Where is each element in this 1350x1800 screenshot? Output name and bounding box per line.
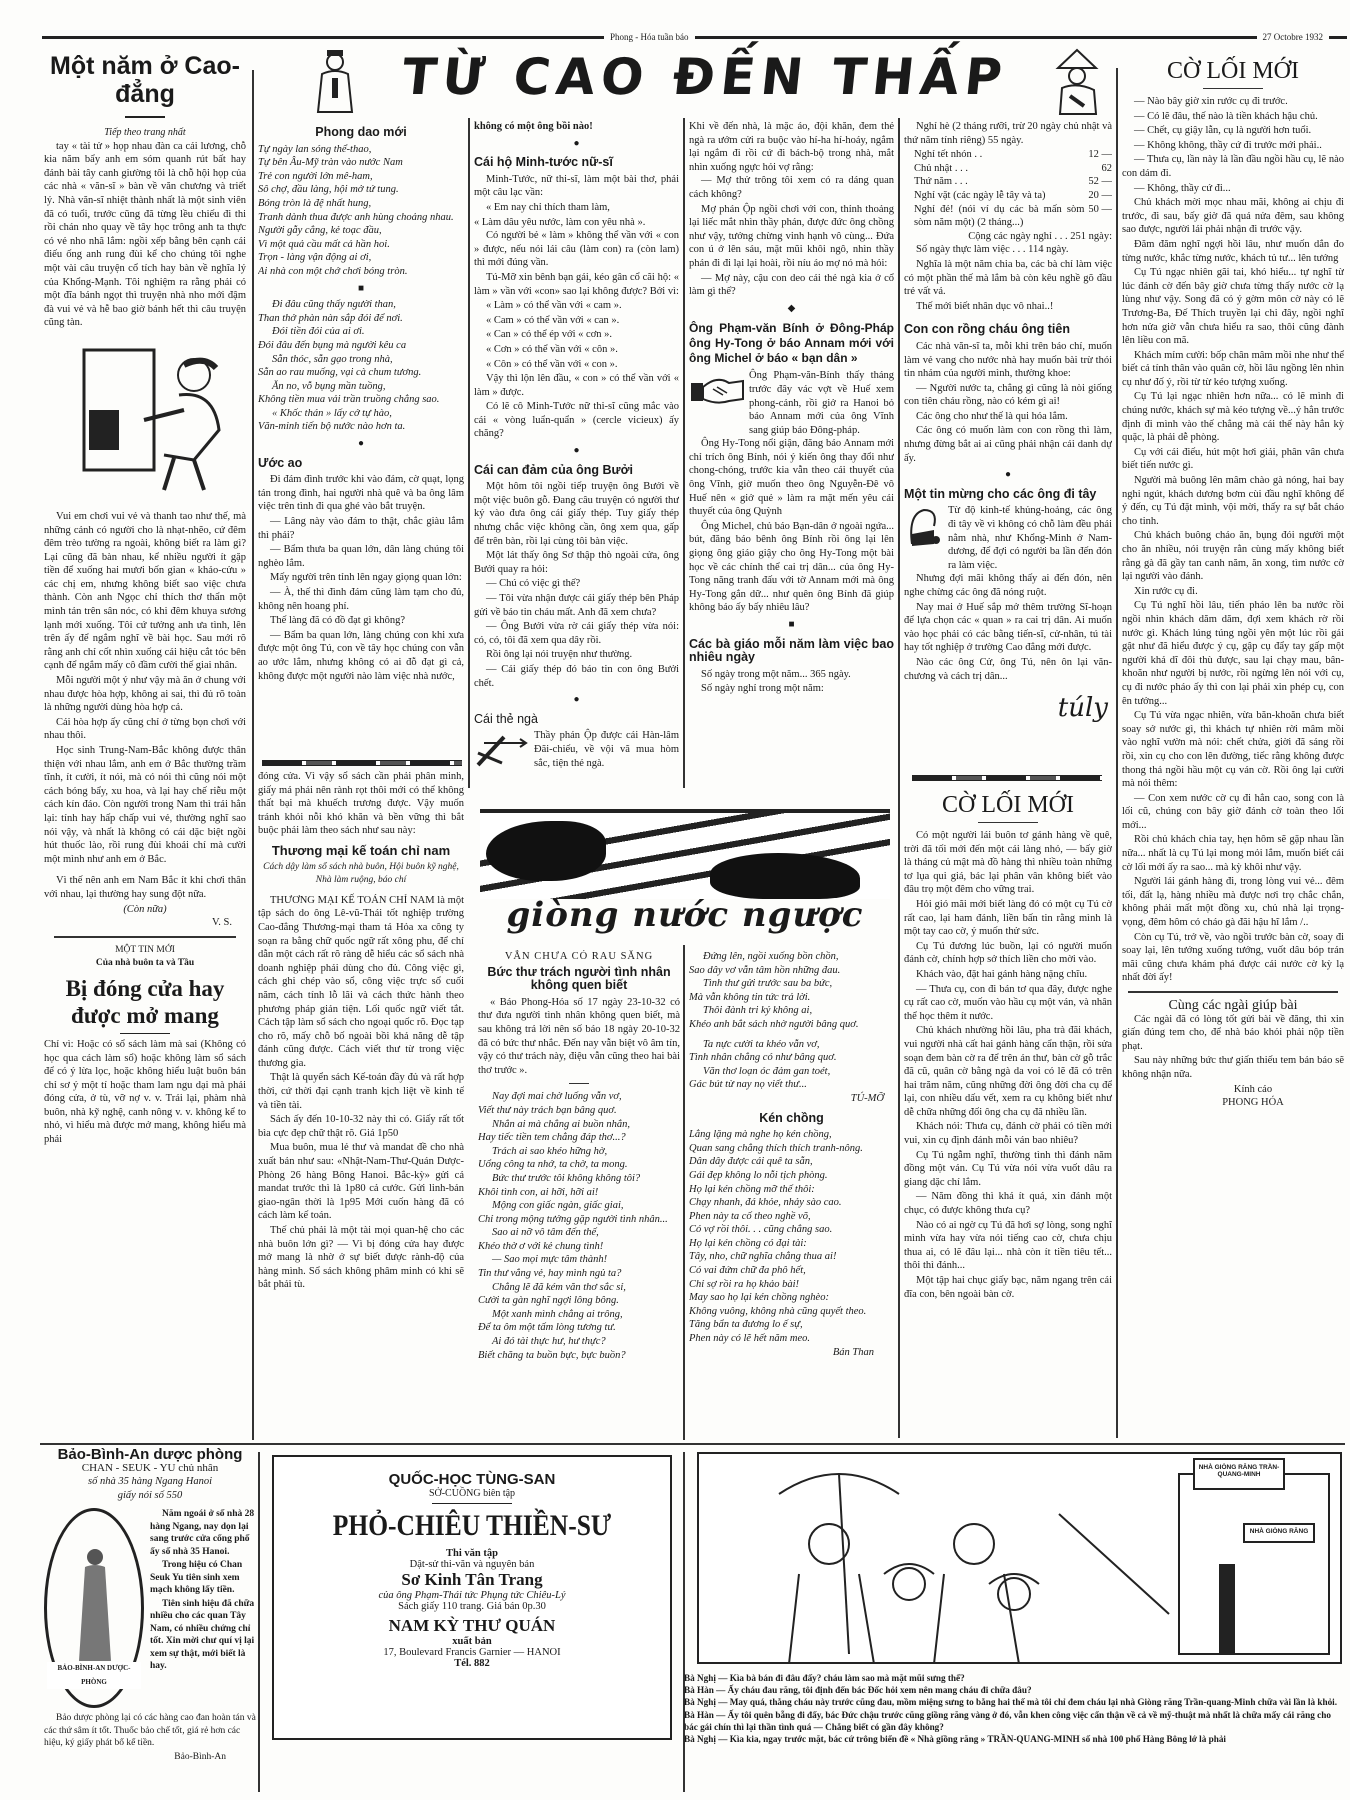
paragraph: Khách nói: Thưa cụ, đánh cờ phải có tiền… — [904, 1120, 1112, 1147]
paragraph: — Có lẽ đâu, thế nào là tiền khách hậu c… — [1122, 110, 1344, 124]
pharmacy-address: số nhà 35 hàng Ngang Hanoi — [44, 1475, 256, 1489]
pipe-smoker-icon — [904, 504, 944, 550]
author-initials: V. S. — [44, 916, 246, 930]
cartoon-caption: Bà Nghị — Kìa bà bán đi đâu đấy? cháu là… — [684, 1672, 1344, 1745]
pharmacy-text: Năm ngoái ở số nhà 28 hàng Ngang, nay dọ… — [150, 1508, 256, 1708]
paragraph: Rồi ông lại nói truyện như thường. — [474, 648, 679, 662]
masthead-title: TỪ CAO ĐẾN THẤP — [372, 48, 1038, 106]
co-loi-moi-title: CỜ LỐI MỚI — [1122, 56, 1344, 86]
paragraph: Minh-Tước, nữ thi-sĩ, làm một bài thơ, p… — [474, 173, 679, 200]
verse-line: Quan sang chẳng thích thích tranh-nông. — [689, 1142, 894, 1156]
paragraph: Cụ với cái điếu, hút một hơi giải, phân … — [1122, 446, 1344, 473]
verse-line: Gác bút từ nay nọ viết thư... — [689, 1078, 894, 1092]
ken-chong-verse: Lẳng lặng mà nghe họ kén chồng, Quan san… — [689, 1128, 894, 1346]
paragraph: « Cam » có thể vần với « can ». — [474, 314, 679, 328]
letter-title: Bức thư trách người tình nhân không quen… — [478, 966, 680, 993]
title-rule — [1203, 88, 1263, 89]
paragraph: Cụ Tú ngạc nhiên gãi tai, khó hiểu... tự… — [1122, 266, 1344, 348]
paragraph: Khách vào, đặt hai gánh hàng nặng chĩu. — [904, 968, 1112, 982]
shop-sign-small: NHÀ GIÒNG RĂNG — [1247, 1528, 1311, 1535]
separator-ornament: ◆ — [689, 302, 894, 316]
paragraph: Hỏi gió mãi mới biết làng đó có một cụ T… — [904, 898, 1112, 939]
verse-line: Khôi tình con, ai hỡi, hỡi ai! — [478, 1186, 680, 1200]
verse-line: Không tiền mua vải trần truồng chẳng sao… — [258, 393, 464, 407]
paragraph: Chủ khách buông cháo ăn, bụng đói người … — [1122, 529, 1344, 583]
mandarin-figure-icon — [310, 48, 360, 118]
paragraph: Thế làng đã có đồ đạt gì không? — [258, 614, 464, 628]
paragraph: Chủ khách nhường hồi lâu, pha trà đãi kh… — [904, 1024, 1112, 1119]
left-article: Một năm ở Cao-đẳng Tiếp theo trang nhất … — [44, 50, 246, 1440]
letter-verse: Nay đợi mai chờ luống vẫn vơ, Viết thư n… — [478, 1090, 680, 1362]
paragraph: Tiên sinh hiệu đã chữa nhiều cho các qua… — [150, 1598, 256, 1673]
publisher-address: 17, Boulevard Francis Garnier — HANOI — [274, 1647, 670, 1658]
row-value: 50 — — [1088, 203, 1112, 230]
paragraph: Thế mới biết nhân dục vô nhai..! — [904, 300, 1112, 314]
paragraph: Một tập hai chục giấy bạc, năm ngang trê… — [904, 1274, 1112, 1301]
column-2: Phong dao mới Tự ngày lan sóng thể-thao,… — [258, 120, 464, 790]
verse-line: Văn thơ loạn óc đảm gan toét, — [689, 1065, 894, 1079]
verse-line: Trách ai sao khéo hững hờ, — [478, 1145, 680, 1159]
cartoon-illustration — [699, 1454, 1342, 1664]
paragraph: Ông Hy-Tong nổi giận, đăng báo Annam mới… — [689, 437, 894, 519]
verse-line: Tăng bẩn ta đương lo ế sự, — [689, 1318, 894, 1332]
co-loi-moi-right: CỜ LỐI MỚI — Nào bây giờ xin rước cụ đi … — [1122, 56, 1344, 1441]
issue-date: 27 Octobre 1932 — [1257, 32, 1330, 42]
verse-line: Đứng lên, ngồi xuống bồn chồn, — [689, 950, 894, 964]
pharmacy-footer: Bảo dược phòng lại có các hàng cao đan h… — [44, 1712, 256, 1750]
verse-line: Khéo anh bắt sách nhờ người bâng quơ. — [689, 1018, 894, 1032]
book-advertisement: QUỐC-HỌC TÙNG-SAN SỞ-CUỒNG biên tập PHỎ-… — [272, 1455, 672, 1740]
book-ad-column: đóng cửa. Vì vậy sổ sách cần phải phân m… — [258, 770, 464, 1442]
students-illustration — [44, 340, 244, 500]
verse-line: Tây, nho, chữ nghĩa chẳng thua ai! — [689, 1250, 894, 1264]
verse-line: « Khốc thán » lấy cớ tự hào, — [258, 407, 464, 421]
paragraph: — Thưa cụ, con đi bán tơ qua đây, được n… — [904, 983, 1112, 1024]
verse-line: Chạy nhanh, đá khỏe, nhảy sào cao. — [689, 1196, 894, 1210]
paragraph: Rồi chủ khách chia tay, hẹn hôm sẽ gặp n… — [1122, 833, 1344, 874]
paragraph: Có một người lái buôn tơ gánh hàng về qu… — [904, 829, 1112, 897]
paragraph: Học sinh Trung-Nam-Bắc không được thân t… — [44, 744, 246, 866]
book-series: QUỐC-HỌC TÙNG-SAN — [274, 1471, 670, 1488]
verse-line: Ăn no, vỗ bụng mần tuồng, — [258, 380, 464, 394]
title-rule — [125, 116, 165, 118]
paragraph: Khi về đến nhà, là mặc áo, đội khăn, đem… — [689, 120, 894, 174]
verse-line: Nay đợi mai chờ luống vẫn vơ, — [478, 1090, 680, 1104]
paragraph: đóng cửa. Vì vậy sổ sách cần phải phân m… — [258, 770, 464, 838]
days-row: Thứ năm . . .52 — — [914, 175, 1112, 189]
paragraph: Thế chủ phải là một tài mọi quan-hệ cho … — [258, 1224, 464, 1292]
row-label: Nghỉ đẻ! (nói ví dụ các bà mấn sòm sòm n… — [914, 203, 1084, 230]
verse-line: Trọn - làng vận động ai ơi, — [258, 251, 464, 265]
verse-line: Chỉ trong mộng tưởng gặp người tình nhân… — [478, 1213, 680, 1227]
wave-shape — [486, 821, 606, 881]
paragraph: — Chú có việc gì thế? — [474, 577, 679, 591]
pharmacy-body: BẢO-BÌNH-AN DƯỢC-PHÒNG Năm ngoái ở số nh… — [44, 1508, 256, 1708]
caption-line: Bà Nghị — May quá, thằng cháu này trước … — [684, 1696, 1344, 1708]
paragraph: Các nhà văn-sĩ ta, mỗi khi trên báo chí,… — [904, 340, 1112, 381]
paragraph: Cụ Tú vừa ngạc nhiên, vừa băn-khoăn chưa… — [1122, 709, 1344, 791]
shop-sign: NHÀ GIÒNG RĂNG TRẦN-QUANG-MINH — [1197, 1464, 1281, 1478]
letter-intro: « Báo Phong-Hóa số 17 ngày 23-10-32 có t… — [478, 996, 680, 1078]
paragraph: — Không, thầy cứ đi... — [1122, 182, 1344, 196]
verse-line: Phen này ta cố theo nghề võ, — [689, 1210, 894, 1224]
verse-line: Có vợ rồi thôi. . . cũng chẳng sao. — [689, 1223, 894, 1237]
column-rule — [252, 70, 254, 1440]
notice-title: Cùng các ngài giúp bài — [1122, 999, 1344, 1013]
paragraph: Tú-Mỡ xin bênh bạn gái, kéo gân cổ cãi h… — [474, 271, 679, 298]
separator-ornament: ■ — [689, 618, 894, 632]
paragraph: Thật là quyển sách Kế-toán đầy đủ và rất… — [258, 1071, 464, 1112]
column-rule — [468, 118, 470, 788]
separator-ornament: ● — [258, 437, 464, 451]
days-table: Nghỉ tết nhón . .12 — Chủ nhật . . .62 T… — [904, 148, 1112, 230]
paragraph: Các ông có muốn làm con con rồng thì làm… — [904, 424, 1112, 465]
paragraph: Cụ Tú nghĩ hồi lâu, tiến pháo lên ba nướ… — [1122, 599, 1344, 708]
paragraph: Vui em chơi vui vẻ và thanh tao như thế,… — [44, 510, 246, 673]
author-signature: túly — [1058, 702, 1108, 716]
verse-line: Lẳng lặng mà nghe họ kén chồng, — [689, 1128, 894, 1142]
paragraph: « Làm » có thể vần với « cam ». — [474, 299, 679, 313]
column-rule — [1116, 68, 1118, 1438]
paragraph: — Thưa cụ, lần này là lần đầu ngồi hầu c… — [1122, 153, 1344, 180]
decorative-rule — [262, 760, 462, 766]
co-loi-moi-mid: CỜ LỐI MỚI Có một người lái buôn tơ gánh… — [904, 790, 1112, 1440]
letter-kicker: VẪN CHƯA CÓ RAU SĂNG — [478, 950, 680, 964]
notice-closing: Kính cáo — [1122, 1083, 1344, 1097]
paragraph: Năm ngoái ở số nhà 28 hàng Ngang, nay dọ… — [150, 1508, 256, 1558]
paragraph: — Không không, thầy cứ đi trước mới phải… — [1122, 139, 1344, 153]
divider — [1128, 991, 1338, 993]
paragraph: Một lát thấy ông Sơ thập thò ngoài cửa, … — [474, 549, 679, 576]
verse-line: Đói đâu đến bụng mà người kêu ca — [258, 339, 464, 353]
paragraph: — Bẩm thưa ba quan lớn, dân làng chúng t… — [258, 543, 464, 570]
co-loi-moi-title: CỜ LỐI MỚI — [904, 790, 1112, 820]
verse-line: Gái đẹp không lo nỗi tịch phòng. — [689, 1169, 894, 1183]
paragraph: Các ngài đã có lòng tốt gửi bài về đăng,… — [1122, 1013, 1344, 1054]
paragraph: — Con xem nước cờ cụ đi hẳn cao, song co… — [1122, 792, 1344, 833]
paragraph: Từ độ kinh-tế khủng-hoảng, các ông đi tâ… — [948, 504, 1112, 572]
paragraph: Còn cụ Tú, trở về, vào ngồi trước bàn cờ… — [1122, 931, 1344, 985]
paragraph: — Lâng này vào đám to thật, chắc giàu lắ… — [258, 515, 464, 542]
paragraph: — Cái giấy thép đó báo tin con ông Bưởi … — [474, 663, 679, 690]
wave-shape — [710, 853, 860, 899]
title-rule — [432, 1503, 512, 1504]
pharmacy-title: Bảo-Bình-An dược phòng — [44, 1448, 256, 1462]
peasant-figure-icon — [1050, 48, 1105, 118]
verse-line: Dân dây được cái quê ta sẵn, — [689, 1155, 894, 1169]
verse-author: Bán Than — [689, 1346, 894, 1360]
paragraph: Nào các ông Cử, ông Tú, nên ôn lại văn-c… — [904, 656, 1112, 683]
divider — [569, 1083, 589, 1084]
separator-ornament: ● — [474, 444, 679, 458]
paragraph: — Mợ thử trông tôi xem có ra dáng quan c… — [689, 174, 894, 201]
head-rule-end — [1329, 36, 1347, 39]
paragraph: Cụ Tú ngẫm nghĩ, thường tình thì đánh nă… — [904, 1149, 1112, 1190]
paragraph: Mấy người trên tỉnh lên ngay giọng quan … — [258, 571, 464, 585]
seal-text: BẢO-BÌNH-AN DƯỢC-PHÒNG — [47, 1662, 141, 1689]
column-3: không có một ông bồi nào! ● Cái hộ Minh-… — [474, 120, 679, 790]
banner-title: giòng nước ngược — [480, 895, 890, 935]
days-row: Chủ nhật . . .62 — [914, 162, 1112, 176]
verse-line: Khéo thờ ơ với kẻ chung tình! — [478, 1240, 680, 1254]
verse-line: Văn-minh tiến bộ nước nào hơn ta. — [258, 420, 464, 434]
book-price: Sách giấy 110 trang. Giá bán 0p.30 — [274, 1601, 670, 1612]
the-nga-block: Thầy phán Ộp được cái Hàn-lâm Đãi-chiếu,… — [474, 729, 679, 770]
paragraph: Người mà buông lên mâm chào gà nóng, hai… — [1122, 474, 1344, 528]
verse-line: Chỉ sợ rồi ra họ khảo bài! — [689, 1278, 894, 1292]
paragraph: Số ngày nghỉ trong một năm: — [689, 682, 894, 696]
verse-line: Để ta ôm một tấm lòng tương tư. — [478, 1321, 680, 1335]
news-subkicker: Của nhà buôn ta và Tầu — [44, 957, 246, 971]
verse-line: Ta nực cười ta khéo vẫn vơ, — [689, 1038, 894, 1052]
verse-line: Than thở phàn nàn sắp đói để nơi. — [258, 312, 464, 326]
caption-line: Bà Hàn — Ấy cháu đau răng, tôi định đến … — [684, 1684, 1344, 1696]
verse-line: Tình thư gửi trước sau ba bức, — [689, 977, 894, 991]
book-publisher: NAM KỲ THƯ QUÁN — [274, 1616, 670, 1636]
poem-stanza-2: Đi đâu cũng thấy người than, Than thở ph… — [258, 298, 464, 434]
news-kicker: MỘT TIN MỚI — [44, 944, 246, 958]
days-row: Nghỉ đẻ! (nói ví dụ các bà mấn sòm sòm n… — [914, 203, 1112, 230]
row-label: Nghỉ vặt (các ngày lễ tây và ta) — [914, 189, 1045, 203]
work-days: Số ngày thực làm việc . . . 114 ngày. — [904, 243, 1112, 257]
wave-illustration — [480, 809, 890, 899]
verse-line: Hay tiếc tiền tem chẳng đáp thơ...? — [478, 1131, 680, 1145]
separator-ornament: ● — [904, 468, 1112, 482]
paragraph: — Chết, cụ giậy lẫn, cụ là người hơn tuổ… — [1122, 124, 1344, 138]
separator-ornament: ● — [474, 137, 679, 151]
paragraph: Cụ Tú lại ngạc nhiên hơn nữa... có lẽ mì… — [1122, 390, 1344, 444]
handshake-icon — [689, 369, 745, 409]
paragraph: tay « tài tử » họp nhau đàn ca cải lương… — [44, 140, 246, 330]
verse-line: Có vai đứm chữ đa phô hết, — [689, 1264, 894, 1278]
paragraph: Ông Michel, chủ báo Bạn-dân ở ngoài ngứa… — [689, 520, 894, 615]
verse-line: Họ lại kén chồng có đại tài: — [689, 1237, 894, 1251]
paragraph: « Can » có thể ép với « cơn ». — [474, 328, 679, 342]
row-label: Thứ năm . . . — [914, 175, 968, 189]
paragraph: Người lái gánh hàng đi, trong lòng vui v… — [1122, 875, 1344, 929]
caption-line: Bà Hàn — Ấy tôi quên bẵng đi đấy, bác Đứ… — [684, 1709, 1344, 1733]
verse-line: Ai đó tài thực hư, hư thực? — [478, 1335, 680, 1349]
caption-line: Bà Nghị — Kìa kia, ngay trước mặt, bác c… — [684, 1733, 1344, 1745]
paragraph: Cái hòa hợp ấy cũng chỉ ở từng bọn chơi … — [44, 716, 246, 743]
pharmacy-owner: CHAN - SEUK - YU chủ nhân — [44, 1462, 256, 1476]
caption-line: Bà Nghị — Kìa bà bán đi đâu đấy? cháu là… — [684, 1672, 1344, 1684]
verse-line: Sô chợ, đầu làng, hội mở tứ tung. — [258, 183, 464, 197]
paragraph: Sách ấy đến 10-10-32 này thì có. Giấy rấ… — [258, 1113, 464, 1140]
article-title: Một năm ở Cao-đẳng — [44, 52, 246, 108]
verse-line: Mộng con giấc ngàn, giấc giai, — [478, 1199, 680, 1213]
paragraph: Ông Phạm-văn-Bính thấy tháng trước đây v… — [749, 369, 894, 437]
verse-line: Bóng tròn là đệ nhất hung, — [258, 197, 464, 211]
verse-line: Tranh dành thua được anh hùng choảng nha… — [258, 211, 464, 225]
column-rule — [683, 118, 685, 788]
paragraph: — Bẩm ba quan lớn, làng chúng con khi xư… — [258, 629, 464, 683]
book-editor: SỞ-CUỒNG biên tập — [274, 1488, 670, 1499]
decorative-rule — [912, 775, 1102, 781]
paper-name: Phong - Hóa tuần báo — [604, 32, 695, 42]
binh-block: Ông Phạm-văn-Bính thấy tháng trước đây v… — [689, 369, 894, 437]
paragraph: — Ông Bưởi vừa rờ cái giấy thép vừa nói:… — [474, 620, 679, 647]
book-author: của ông Phạm-Thái tức Phụng tức Chiêu-Lý — [274, 1590, 670, 1601]
paragraph: Cụ Tú đương lúc buồn, lại có người muốn … — [904, 940, 1112, 967]
row-value: 62 — [1102, 162, 1113, 176]
paragraph: « Cơn » có thể vần với « côn ». — [474, 343, 679, 357]
paragraph: Chủ khách mời mọc nhau mãi, không ai chị… — [1122, 196, 1344, 237]
verse-line: Phen này có lẽ hết năm meo. — [689, 1332, 894, 1346]
row-label: Chủ nhật . . . — [914, 162, 968, 176]
book-ad-title: Thương mại kế toán chỉ nam — [258, 844, 464, 858]
days-total: Cộng các ngày nghỉ . . . 251 ngày: — [904, 230, 1112, 244]
paragraph: — Tôi vừa nhận được cái giấy thép bên Ph… — [474, 592, 679, 619]
ba-giao-title: Các bà giáo mỗi năm làm việc bao nhiêu n… — [689, 638, 894, 665]
verse-line: Đói tiền đói của ai ơi. — [258, 325, 464, 339]
verse-line: Viết thư này trách bạn bâng quơ. — [478, 1104, 680, 1118]
verse-line: Tin thư vắng vẻ, hay mình ngủ ta? — [478, 1267, 680, 1281]
poem-stanza-1: Tự ngày lan sóng thể-thao, Tự bên Âu-Mỹ … — [258, 143, 464, 279]
paragraph: — Năm đồng thì khá ít quá, xin đánh một … — [904, 1190, 1112, 1217]
lead-line: không có một ông bồi nào! — [474, 120, 679, 134]
paragraph: Mợ phán Ộp ngồi chơi với con, thỉnh thoả… — [689, 203, 894, 271]
column-rule — [258, 1452, 260, 1792]
paragraph: Có lẽ cô Minh-Tước nữ thi-sĩ cũng mắc và… — [474, 400, 679, 441]
verse-line: Vì một quả cầu mất cả hần hoi. — [258, 238, 464, 252]
row-value: 20 — — [1088, 189, 1112, 203]
pharmacy-ad: Bảo-Bình-An dược phòng CHAN - SEUK - YU … — [44, 1448, 256, 1788]
verse-line: Sẵn thóc, sẵn gạo trong nhà, — [258, 353, 464, 367]
publisher-phone: Tél. 882 — [274, 1658, 670, 1669]
column-4: Khi về đến nhà, là mặc áo, đội khăn, đem… — [689, 120, 894, 790]
book-genre: Thi văn tập — [274, 1548, 670, 1559]
paragraph: Các ông cho như thế là qui hóa lắm. — [904, 410, 1112, 424]
paragraph: Một hôm tôi ngồi tiếp truyện ông Bưởi về… — [474, 480, 679, 548]
verse-author: TÚ-MỠ — [689, 1092, 894, 1106]
continuation-note: (Còn nữa) — [44, 903, 246, 917]
divider — [54, 936, 236, 938]
separator-ornament: ■ — [258, 282, 464, 296]
row-label: Nghỉ tết nhón . . — [914, 148, 982, 162]
binh-title: Ông Phạm-văn Bính ở Đông-Pháp ông Hy-Ton… — [689, 321, 894, 366]
paragraph: Sau này những bức thư giấn thiếu tem bản… — [1122, 1054, 1344, 1081]
continued-note: Tiếp theo trang nhất — [44, 126, 246, 140]
paragraph: Mua buôn, mua lẻ thư và mandat đề cho nh… — [258, 1141, 464, 1223]
paragraph: Có người bẻ « làm » không thể vần với « … — [474, 229, 679, 270]
verse-line: Người gẫy cẳng, kẻ toạc đầu, — [258, 224, 464, 238]
paragraph: Khách mỉm cười: bốp chân mâm mồi nhe như… — [1122, 349, 1344, 390]
paragraph: « Làm dâu yêu nước, làm con yêu nhà ». — [474, 216, 679, 230]
pharmacy-signature: Bảo-Bình-An — [44, 1751, 256, 1765]
giong-nuoc-nguoc-banner: giòng nước ngược — [480, 795, 890, 945]
paragraph: « Em nay chỉ thích tham làm, — [474, 201, 679, 215]
news-title: Bị đóng cửa hay được mở mang — [44, 975, 246, 1029]
verse-line: Chẳng lẽ đã kém văn thơ sắc sỉ, — [478, 1281, 680, 1295]
paragraph: Vậy thì lộn lên đầu, « con » có thể vần … — [474, 372, 679, 399]
head-rule-right — [695, 36, 1257, 39]
book-description: Dật-sử thi-văn và nguyên bản — [274, 1559, 670, 1570]
con-rong-title: Con con rồng cháu ông tiên — [904, 323, 1112, 337]
phong-dao-title: Phong dao mới — [258, 126, 464, 140]
column-rule — [898, 118, 900, 1438]
verse-line: Thôi đành tri kỷ không ai, — [689, 1004, 894, 1018]
section-rule — [40, 1443, 1345, 1445]
running-head: Phong - Hóa tuần báo 27 Octobre 1932 — [42, 30, 1347, 44]
paragraph: — Nào bây giờ xin rước cụ đi trước. — [1122, 95, 1344, 109]
verse-line: Một xanh mình chẳng ai trông, — [478, 1308, 680, 1322]
dentist-cartoon: NHÀ GIÒNG RĂNG TRẦN-QUANG-MINH NHÀ GIÒNG… — [697, 1452, 1342, 1664]
paragraph: Trong hiệu có Chan Seuk Yu tiên sinh xem… — [150, 1559, 256, 1597]
head-rule-left — [42, 36, 604, 39]
paragraph: Mỗi người một ý như vậy mà ăn ở chung vớ… — [44, 674, 246, 715]
uoc-ao-title: Ước ao — [258, 457, 464, 471]
verse-line: Nhắn ai mà chẳng ai buồn nhắn, — [478, 1118, 680, 1132]
separator-ornament: ● — [474, 693, 679, 707]
paragraph: THƯƠNG MẠI KẾ TOÁN CHỈ NAM là một tập sá… — [258, 894, 464, 1071]
verse-line: May sao họ lại kén chồng nghèo: — [689, 1291, 894, 1305]
book-subtitle: Sơ Kinh Tân Trang — [274, 1570, 670, 1590]
verse-line: Uổng công ta nhớ, ta chờ, ta mong. — [478, 1158, 680, 1172]
paragraph: Vì thế nên anh em Nam Bắc ít khi chơi th… — [44, 874, 246, 901]
paragraph: Nghĩa là một năm chia ba, các bà chỉ làm… — [904, 258, 1112, 299]
paragraph: — À, thế thì đình đám cũng làm tạm cho đ… — [258, 586, 464, 613]
verse-line: Sao ai nỡ vô tâm đến thế, — [478, 1226, 680, 1240]
letter-verse-cont: Đứng lên, ngồi xuống bồn chồn, Sao dây v… — [689, 950, 894, 1092]
verse-line: Trẻ con người lớn mê-ham, — [258, 170, 464, 184]
minh-tuoc-title: Cái hộ Minh-tước nữ-sĩ — [474, 156, 679, 170]
publisher-note: xuất bản — [274, 1636, 670, 1647]
verse-line: Biết chăng ta buồn bực, bực buồn? — [478, 1349, 680, 1363]
verse-line: Cười ta gàn nghĩ ngợi lông bông. — [478, 1294, 680, 1308]
row-value: 52 — — [1088, 175, 1112, 189]
verse-line: Tự ngày lan sóng thể-thao, — [258, 143, 464, 157]
paragraph: Đăm đăm nghĩ ngợi hồi lâu, như muốn dắn … — [1122, 238, 1344, 265]
ivory-tag-icon — [474, 729, 528, 769]
days-row: Nghỉ vặt (các ngày lễ tây và ta)20 — — [914, 189, 1112, 203]
the-nga-title: Cái thẻ ngà — [474, 713, 679, 727]
column-rule — [683, 945, 685, 1440]
paragraph: Xin rước cụ đi. — [1122, 585, 1344, 599]
verse-line: Sẵn ao rau muống, vại cà chum tương. — [258, 366, 464, 380]
notice-signature: PHONG HÓA — [1122, 1096, 1344, 1110]
paragraph: Nhưng đợi mãi không thấy ai đến đón, nên… — [904, 572, 1112, 599]
tin-mung-title: Một tin mừng cho các ông đi tây — [904, 488, 1112, 502]
newspaper-page: Phong - Hóa tuần báo 27 Octobre 1932 TỪ … — [0, 0, 1350, 1800]
ong-buoi-title: Cái can đảm của ông Bưởi — [474, 464, 679, 478]
verse-line: Đi đâu cũng thấy người than, — [258, 298, 464, 312]
paragraph: Đi đám đình trước khi vào đám, cờ quạt, … — [258, 473, 464, 514]
book-ad-subtitle: Cách dậy làm sổ sách nhà buôn, Hội buôn … — [258, 861, 464, 888]
paragraph: Nào có ai ngờ cụ Tú đã hơi sợ lòng, song… — [904, 1219, 1112, 1273]
paragraph: Số ngày trong một năm... 365 ngày. — [689, 668, 894, 682]
verse-line: Không vuông, không nhà cũng quyết theo. — [689, 1305, 894, 1319]
column-5: Nghỉ hè (2 tháng rưỡi, trừ 20 ngày chủ n… — [904, 120, 1112, 795]
title-rule — [978, 822, 1038, 823]
guanyin-statue-icon — [75, 1545, 115, 1665]
verse-line: Họ lại kén chồng mỡ thế thôi: — [689, 1183, 894, 1197]
verse-line: — Sao mọi mực tâm thành! — [478, 1253, 680, 1267]
news-body: Chỉ vì: Hoặc có sổ sách làm mà sai (Khôn… — [44, 1038, 246, 1147]
days-row: Nghỉ tết nhón . .12 — — [914, 148, 1112, 162]
verse-line: Bức thư trước tôi không không tôi? — [478, 1172, 680, 1186]
verse-line: Ai nhà con một chớ chơi bóng tròn. — [258, 265, 464, 279]
seal-emblem: BẢO-BÌNH-AN DƯỢC-PHÒNG — [44, 1508, 144, 1708]
masthead: TỪ CAO ĐẾN THẤP — [305, 48, 1105, 118]
verse-line: Tự bên Âu-Mỹ tràn vào nước Nam — [258, 156, 464, 170]
row-value: 12 — — [1088, 148, 1112, 162]
title-rule — [120, 1033, 170, 1034]
paragraph: Nay mai ở Huế sắp mở thêm trường Sĩ-hoạn… — [904, 601, 1112, 655]
verse-line: Sao dây vơ vẫn tâm hồn những đau. — [689, 964, 894, 978]
book-title: PHỎ-CHIÊU THIỀN-SƯ — [304, 1508, 641, 1544]
verse-column: Đứng lên, ngồi xuống bồn chồn, Sao dây v… — [689, 950, 894, 1440]
